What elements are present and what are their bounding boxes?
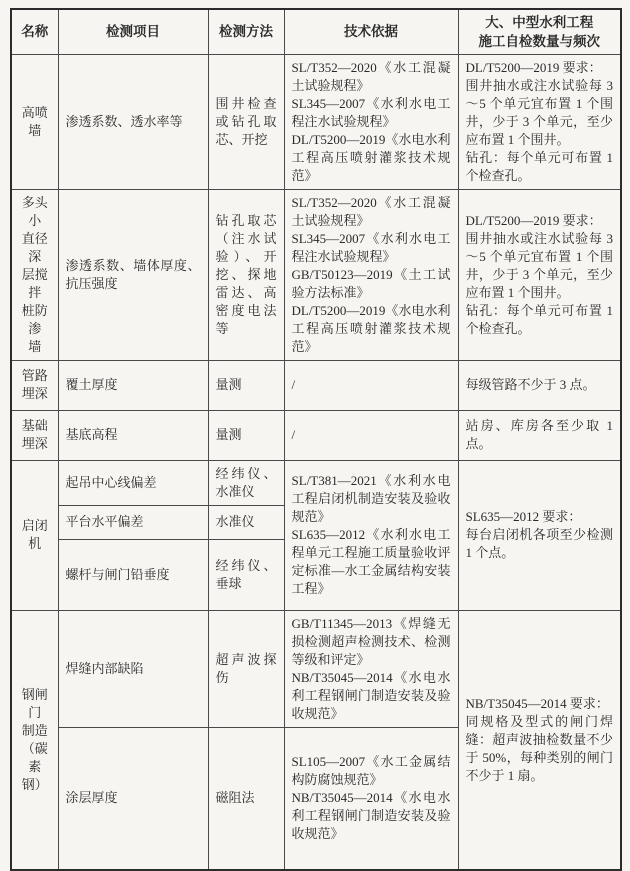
cell-item: 渗透系数、墙体厚度、抗压强度: [58, 189, 208, 360]
frequency-entry: 钻孔：每个单元可布置 1 个检查孔。: [466, 149, 614, 185]
basis-entry: SL/T381—2021《水利水电工程启闭机制造安装及验收规范》: [292, 472, 451, 526]
cell-name: 管路 埋深: [11, 360, 58, 410]
frequency-entry: 每台启闭机各项至少检测 1 个点。: [466, 526, 614, 562]
frequency-entry: 围井抽水或注水试验每 3～5 个单元宜布置 1 个围井，少于 3 个单元，至少应…: [466, 77, 614, 149]
name-line: 埋深: [19, 385, 51, 403]
name-line: 直径深: [19, 230, 51, 266]
frequency-entry: 围井抽水或注水试验每 3～5 个单元宜布置 1 个围井，少于 3 个单元，至少应…: [466, 230, 614, 302]
header-method: 检测方法: [208, 9, 284, 54]
cell-method: 经纬仪、垂球: [208, 539, 284, 610]
cell-basis: SL/T381—2021《水利水电工程启闭机制造安装及验收规范》 SL635—2…: [284, 460, 458, 610]
row-mixing-pile-wall: 多头小 直径深 层搅拌 桩防渗 墙 渗透系数、墙体厚度、抗压强度 钻孔取芯（注水…: [11, 189, 621, 360]
header-name: 名称: [11, 9, 58, 54]
cell-item: 平台水平偏差: [58, 505, 208, 539]
basis-entry: DL/T5200—2019《水电水利工程高压喷射灌浆技术规范》: [292, 131, 451, 185]
header-basis: 技术依据: [284, 9, 458, 54]
cell-name: 多头小 直径深 层搅拌 桩防渗 墙: [11, 189, 58, 360]
header-frequency-line: 施工自检数量与频次: [463, 32, 617, 51]
basis-entry: NB/T35045—2014《水电水利工程钢闸门制造安装及验收规范》: [292, 669, 451, 723]
cell-item: 起吊中心线偏差: [58, 460, 208, 505]
cell-method: 量测: [208, 410, 284, 460]
name-line: 埋深: [19, 435, 51, 453]
cell-name: 钢闸门 制造 （碳素 钢）: [11, 610, 58, 870]
cell-name: 基础 埋深: [11, 410, 58, 460]
frequency-entry: NB/T35045—2014 要求：: [466, 695, 614, 713]
basis-entry: GB/T50123—2019《土工试验方法标准》: [292, 266, 451, 302]
cell-item: 涂层厚度: [58, 727, 208, 870]
cell-frequency: NB/T35045—2014 要求： 同规格及型式的闸门焊缝：超声波抽检数量不少…: [458, 610, 621, 870]
cell-basis: /: [284, 410, 458, 460]
row-foundation-depth: 基础 埋深 基底高程 量测 / 站房、库房各至少取 1 点。: [11, 410, 621, 460]
cell-method: 量测: [208, 360, 284, 410]
frequency-entry: 钻孔：每个单元可布置 1 个检查孔。: [466, 302, 614, 338]
cell-method: 经纬仪、水准仪: [208, 460, 284, 505]
cell-frequency: DL/T5200—2019 要求： 围井抽水或注水试验每 3～5 个单元宜布置 …: [458, 54, 621, 189]
cell-method: 超声波探伤: [208, 610, 284, 727]
basis-entry: NB/T35045—2014《水电水利工程钢闸门制造安装及验收规范》: [292, 789, 451, 843]
name-line: 墙: [19, 338, 51, 356]
document-page: 名称 检测项目 检测方法 技术依据 大、中型水利工程 施工自检数量与频次 高喷墙…: [0, 0, 630, 861]
basis-entry: SL345—2007《水利水电工程注水试验规程》: [292, 95, 451, 131]
cell-method: 围井检查或钻孔取芯、开挖: [208, 54, 284, 189]
basis-entry: GB/T11345—2013《焊缝无损检测超声检测技术、检测等级和评定》: [292, 615, 451, 669]
cell-frequency: DL/T5200—2019 要求： 围井抽水或注水试验每 3～5 个单元宜布置 …: [458, 189, 621, 360]
name-line: 层搅拌: [19, 266, 51, 302]
name-line: （碳素: [19, 740, 51, 776]
cell-frequency: 每级管路不少于 3 点。: [458, 360, 621, 410]
name-line: 钢闸门: [19, 686, 51, 722]
inspection-standards-table: 名称 检测项目 检测方法 技术依据 大、中型水利工程 施工自检数量与频次 高喷墙…: [10, 8, 622, 871]
cell-method: 水准仪: [208, 505, 284, 539]
cell-frequency: SL635—2012 要求： 每台启闭机各项至少检测 1 个点。: [458, 460, 621, 610]
cell-basis: SL/T352—2020《水工混凝土试验规程》 SL345—2007《水利水电工…: [284, 54, 458, 189]
name-line: 多头小: [19, 194, 51, 230]
name-line: 管路: [19, 367, 51, 385]
cell-item: 基底高程: [58, 410, 208, 460]
cell-item: 渗透系数、透水率等: [58, 54, 208, 189]
frequency-entry: DL/T5200—2019 要求：: [466, 59, 614, 77]
cell-basis: SL105—2007《水工金属结构防腐蚀规范》 NB/T35045—2014《水…: [284, 727, 458, 870]
basis-entry: SL635—2012《水利水电工程单元工程施工质量验收评定标准—水工金属结构安装…: [292, 526, 451, 598]
cell-name: 高喷墙: [11, 54, 58, 189]
cell-item: 覆土厚度: [58, 360, 208, 410]
frequency-entry: DL/T5200—2019 要求：: [466, 212, 614, 230]
cell-method: 钻孔取芯（注水试验）、开挖、探地雷达、高密度电法等: [208, 189, 284, 360]
row-steel-gate-weld-defect: 钢闸门 制造 （碳素 钢） 焊缝内部缺陷 超声波探伤 GB/T11345—201…: [11, 610, 621, 727]
row-pipeline-depth: 管路 埋深 覆土厚度 量测 / 每级管路不少于 3 点。: [11, 360, 621, 410]
frequency-entry: SL635—2012 要求：: [466, 508, 614, 526]
cell-basis: SL/T352—2020《水工混凝土试验规程》 SL345—2007《水利水电工…: [284, 189, 458, 360]
name-line: 制造: [19, 722, 51, 740]
name-line: 桩防渗: [19, 302, 51, 338]
header-frequency: 大、中型水利工程 施工自检数量与频次: [458, 9, 621, 54]
name-line: 钢）: [19, 776, 51, 794]
cell-basis: GB/T11345—2013《焊缝无损检测超声检测技术、检测等级和评定》 NB/…: [284, 610, 458, 727]
basis-entry: SL/T352—2020《水工混凝土试验规程》: [292, 194, 451, 230]
header-item: 检测项目: [58, 9, 208, 54]
cell-item: 螺杆与闸门铅垂度: [58, 539, 208, 610]
table-header-row: 名称 检测项目 检测方法 技术依据 大、中型水利工程 施工自检数量与频次: [11, 9, 621, 54]
header-frequency-line: 大、中型水利工程: [463, 13, 617, 32]
frequency-entry: 同规格及型式的闸门焊缝：超声波抽检数量不少于 50%，每种类别的闸门不少于 1 …: [466, 713, 614, 785]
row-spray-wall: 高喷墙 渗透系数、透水率等 围井检查或钻孔取芯、开挖 SL/T352—2020《…: [11, 54, 621, 189]
cell-basis: /: [284, 360, 458, 410]
cell-item: 焊缝内部缺陷: [58, 610, 208, 727]
row-hoist-center-line: 启闭机 起吊中心线偏差 经纬仪、水准仪 SL/T381—2021《水利水电工程启…: [11, 460, 621, 505]
basis-entry: DL/T5200—2019《水电水利工程高压喷射灌浆技术规范》: [292, 302, 451, 356]
cell-name: 启闭机: [11, 460, 58, 610]
cell-method: 磁阻法: [208, 727, 284, 870]
basis-entry: SL/T352—2020《水工混凝土试验规程》: [292, 59, 451, 95]
basis-entry: SL105—2007《水工金属结构防腐蚀规范》: [292, 753, 451, 789]
name-line: 基础: [19, 417, 51, 435]
cell-frequency: 站房、库房各至少取 1 点。: [458, 410, 621, 460]
basis-entry: SL345—2007《水利水电工程注水试验规程》: [292, 230, 451, 266]
